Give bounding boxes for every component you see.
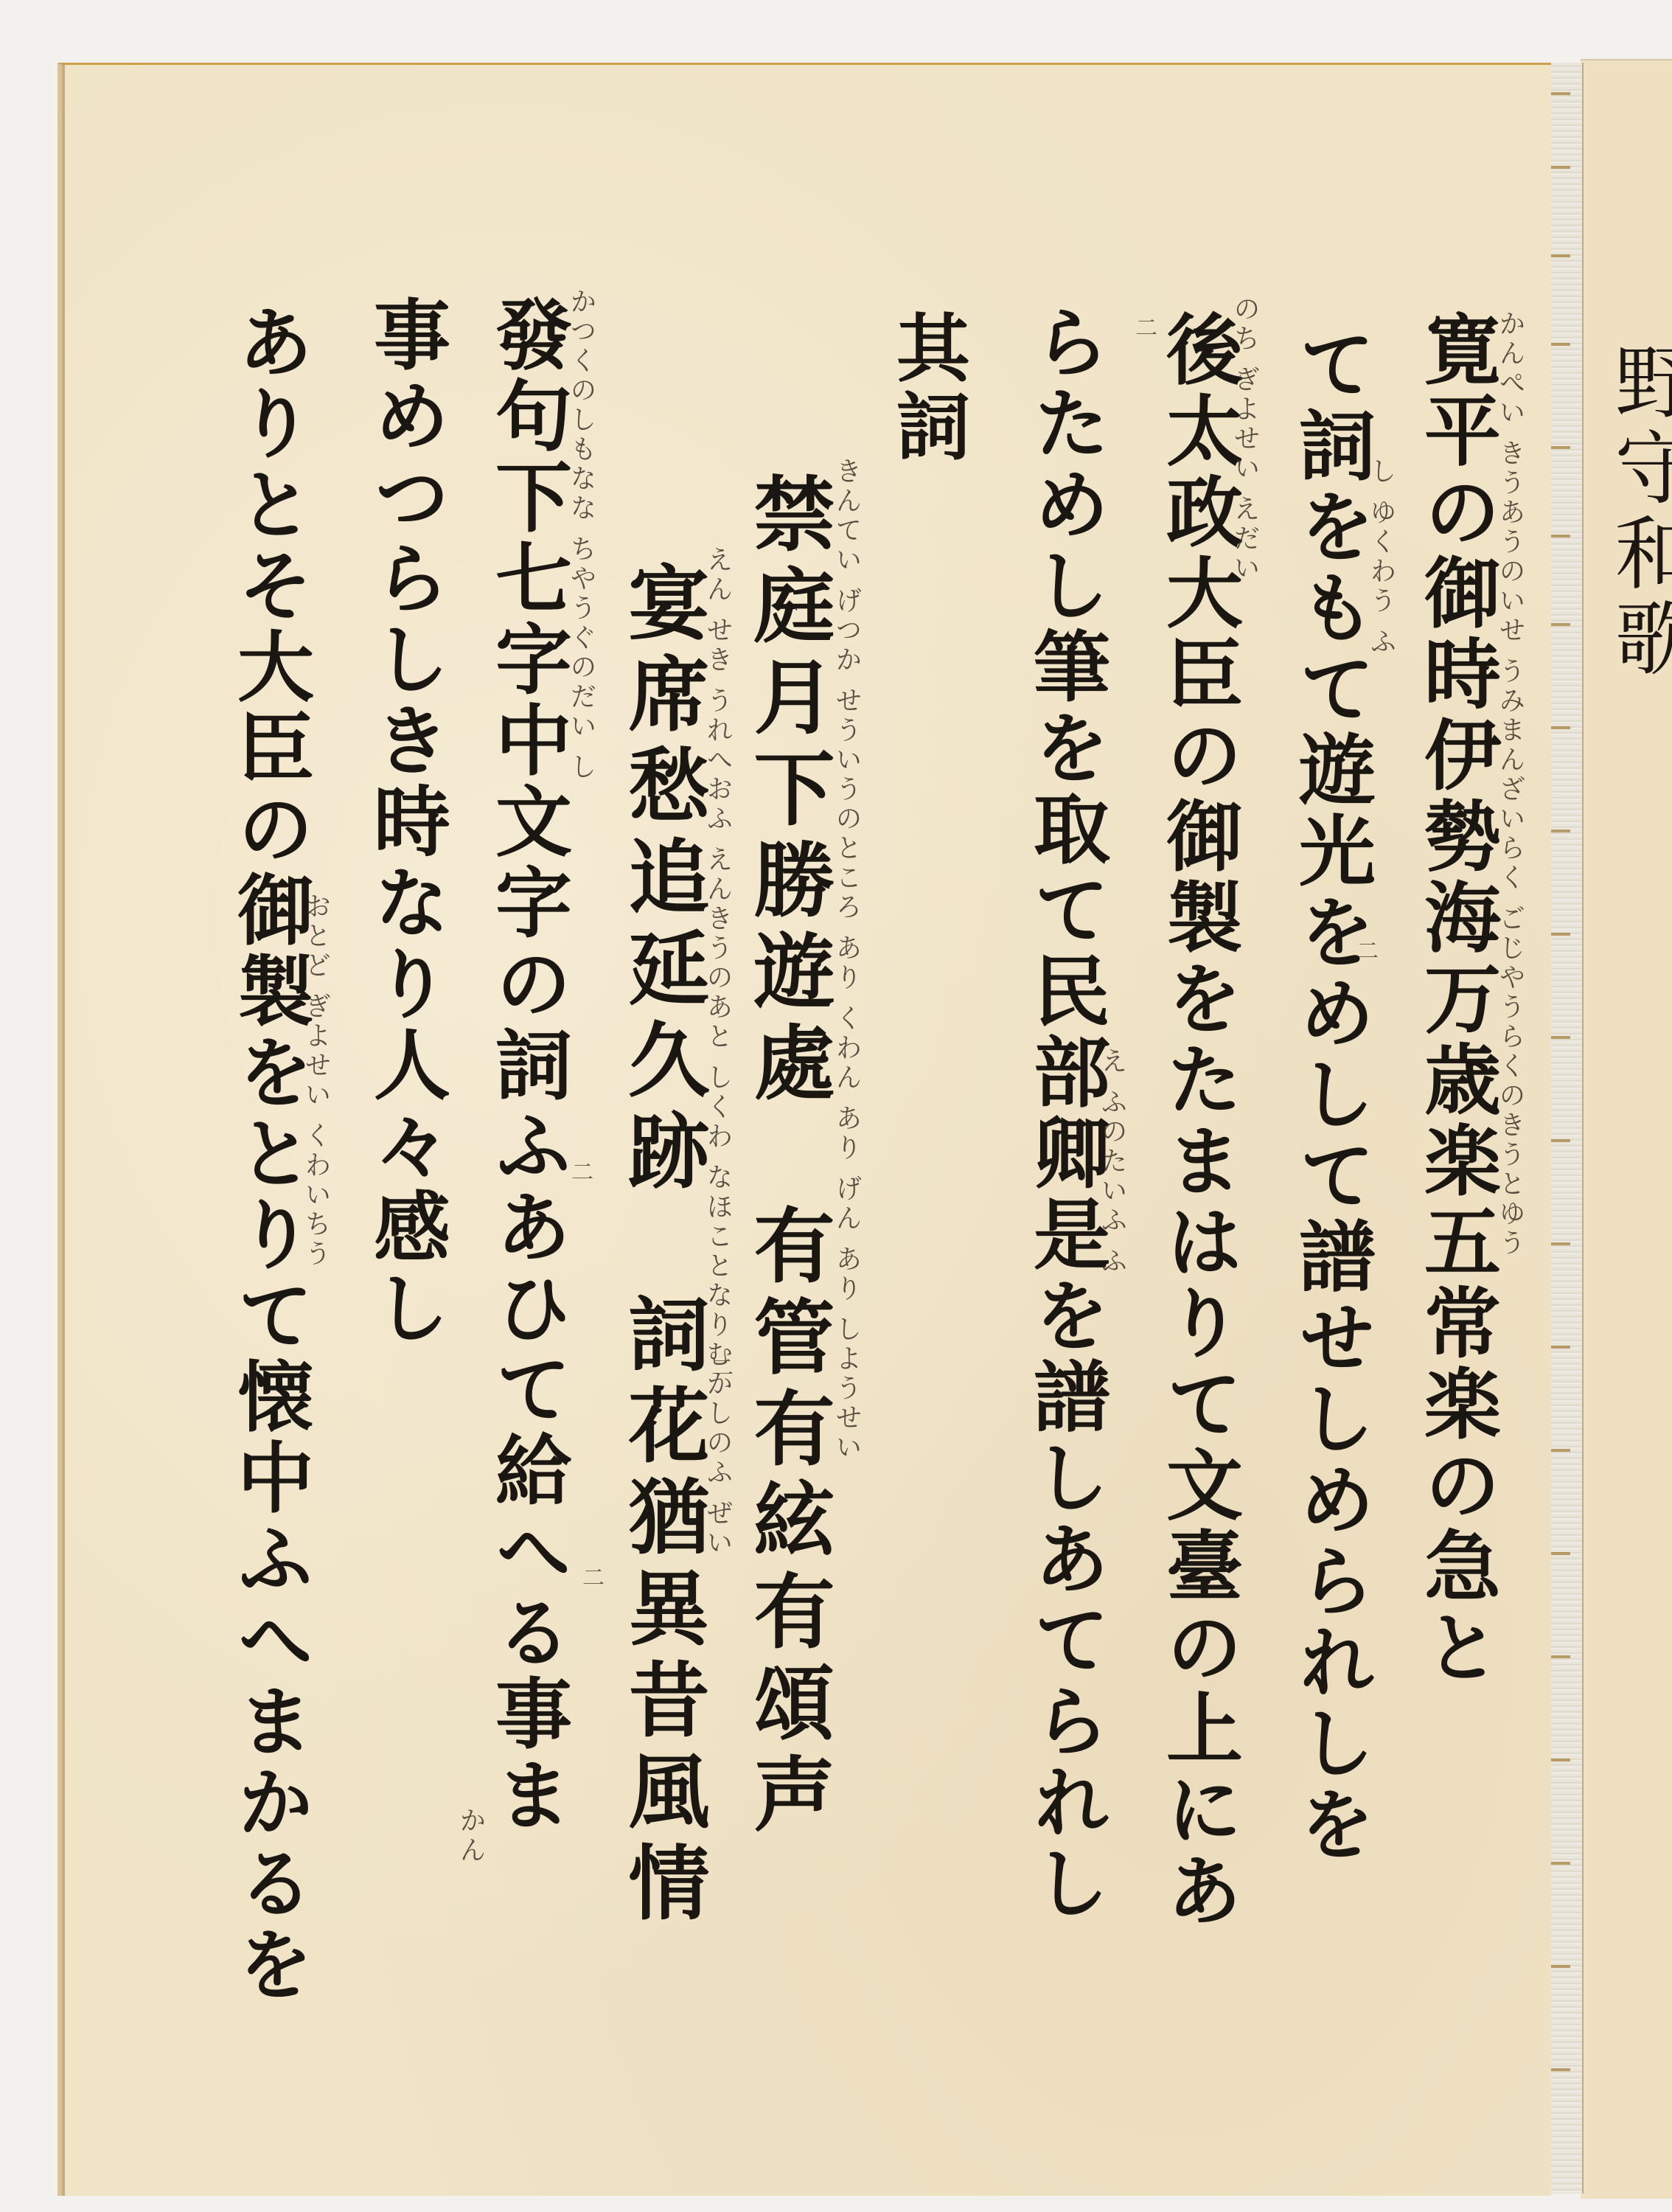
- furigana-column-3: のち ぎよせい えだい: [1231, 295, 1258, 583]
- furigana-column-9: かん: [457, 1806, 484, 1865]
- kanbun-column-1: 禁庭月下勝遊處 有管有絃有頌声: [737, 472, 839, 1843]
- kaeriten-mark: 二: [1135, 310, 1157, 342]
- furigana-column-4: え ふのたいふ ふ: [1098, 1047, 1125, 1276]
- furigana-column-1: かんぺい きうあうのいせ うみまんざいらく ごじやうらくのきうとゆう: [1497, 310, 1523, 1258]
- kaeriten-mark: 二: [582, 1559, 605, 1592]
- kaeriten-mark: 二: [1356, 933, 1379, 965]
- text-column-9: 事めつらしき時なり人々感し: [358, 295, 453, 1349]
- furigana-column-10: おとど ぎよせい くわいちう: [302, 892, 329, 1269]
- furigana-kanbun-2: えん せき うれへおふ えんきうのあと しくわ なほことなりむかしのふ ぜい: [704, 546, 731, 1558]
- text-column-1: 寛平の御時伊勢海万歳楽五常楽の急と: [1408, 310, 1504, 1688]
- text-column-8: 發句下七字中文字の詞ふあひて給へる事ま: [479, 295, 575, 1836]
- next-page-edge: 野守和歌: [1581, 59, 1672, 2199]
- kaeriten-mark: 二: [711, 1349, 734, 1382]
- furigana-column-2: し ゆくわう ふ: [1368, 457, 1394, 657]
- furigana-kanbun-1: きんてい げつか せういうのところ あり くわん あり げん あり しようせい: [833, 457, 860, 1463]
- next-page-text: 野守和歌: [1607, 341, 1672, 683]
- text-column-2: て詞をもて遊光をめして譜せしめられしを: [1283, 324, 1379, 1865]
- furigana-column-8: かつくのしもなな ちやうぐのだい し: [568, 288, 594, 782]
- kaeriten-mark: 二: [571, 1154, 593, 1186]
- heading-sono-kotoba: 其詞: [881, 310, 973, 466]
- kanbun-column-2: 宴席愁追延久跡 詞花猶異昔風情: [612, 560, 714, 1932]
